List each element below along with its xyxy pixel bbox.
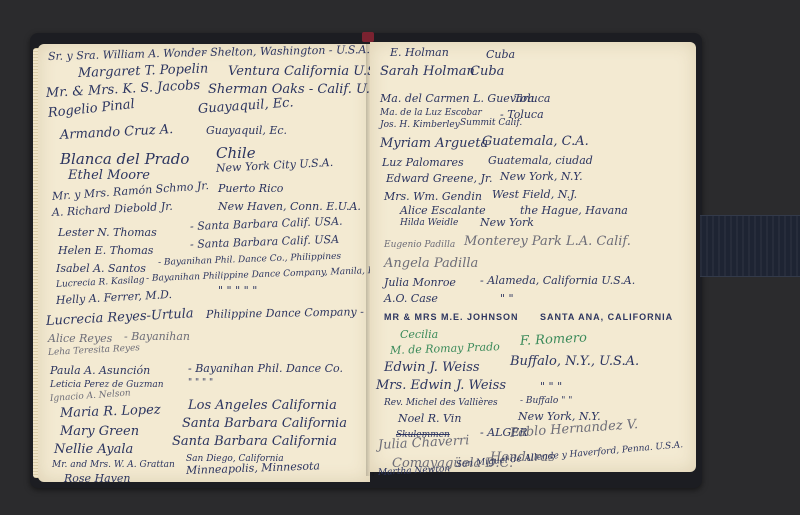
entry-name: Paula A. Asunción xyxy=(50,364,150,377)
entry-name: Armando Cruz A. xyxy=(60,122,174,143)
entry-place: Philippine Dance Company - xyxy=(206,305,364,321)
entry-name: Mrs. Wm. Gendin xyxy=(384,190,482,203)
elastic-strap xyxy=(700,215,800,277)
entry-place: Buffalo, N.Y., U.S.A. xyxy=(510,354,639,369)
entry-place: Guatemala, C.A. xyxy=(482,134,589,149)
entry-name: Blanca del Prado xyxy=(60,150,189,168)
entry-name: Isabel A. Santos xyxy=(56,262,146,275)
entry-place: F. Romero xyxy=(520,331,588,349)
entry-name: Hilda Weidle xyxy=(400,218,458,228)
entry-place: - Santa Barbara Calif. USA. xyxy=(190,215,343,233)
entry-name: Edwin J. Weiss xyxy=(384,360,480,375)
entry-name: Angela Padilla xyxy=(384,256,478,271)
entry-name: Eugenio Padilla xyxy=(384,240,455,250)
entry-place: - Shelton, Washington - U.S.A. xyxy=(203,43,370,59)
entry-place: the Hague, Havana xyxy=(520,204,628,217)
right-page: E. Holman Cuba Sarah Holman Cuba Ma. del… xyxy=(370,42,696,472)
bookmark-ribbon xyxy=(362,32,374,42)
entry-place: Toluca xyxy=(514,92,550,105)
entry-name: Noel R. Vin xyxy=(398,412,461,425)
entry-place: Guatemala, ciudad xyxy=(488,154,593,167)
entry-name: Lester N. Thomas xyxy=(58,226,157,239)
entry-name: Leticia Perez de Guzman xyxy=(50,380,164,390)
entry-name: M. de Romay Prado xyxy=(390,340,500,357)
entry-place: - Santa Barbara Calif. USA xyxy=(190,233,339,251)
entry-name: A.O. Case xyxy=(384,292,438,305)
entry-name: Luz Palomares xyxy=(382,156,464,169)
entry-name: Alice Escalante xyxy=(400,204,486,217)
entry-name: Myriam Argueta xyxy=(380,136,488,151)
entry-place: Cuba xyxy=(486,48,515,61)
entry-place: - Alameda, California U.S.A. xyxy=(480,274,635,287)
entry-place: - Bayanihan xyxy=(124,330,190,343)
entry-name: Mr. and Mrs. W. A. Grattan xyxy=(52,460,175,470)
entry-place: Summit Calif. xyxy=(460,118,522,128)
entry-place: " " " " " xyxy=(218,284,257,297)
entry-name: Sarah Holman xyxy=(380,64,475,79)
entry-place: Monterey Park L.A. Calif. xyxy=(464,234,631,249)
entry-place: New York, N.Y. xyxy=(500,170,583,183)
entry-name: Alice Reyes xyxy=(48,332,112,345)
entry-name: Sr. y Sra. William A. Wonder xyxy=(48,46,207,63)
entry-name: Ethel Moore xyxy=(68,168,150,183)
entry-name: Maria R. Lopez xyxy=(60,402,161,421)
entry-name: Rev. Michel des Vallières xyxy=(384,398,498,408)
entry-place: " " xyxy=(500,292,514,305)
entry-place: Guayaquil, Ec. xyxy=(197,95,294,117)
entry-name: A. Richard Diebold Jr. xyxy=(52,200,173,219)
entry-place: - Bayanihan Phil. Dance Co., Philippines xyxy=(158,252,341,268)
entry-place: - Bayanihan Phil. Dance Co. xyxy=(188,362,343,375)
entry-place: Santa Barbara California xyxy=(182,416,347,431)
entry-name: Ignacio A. Nelson xyxy=(50,388,131,404)
entry-name: Leha Teresita Reyes xyxy=(48,343,140,358)
entry-name: Lucrecia R. Kasilag xyxy=(56,275,145,290)
entry-place: New York xyxy=(480,216,534,229)
entry-place: " " " " xyxy=(188,378,213,388)
entry-place: Los Angeles California xyxy=(188,398,337,413)
entry-name: Mrs. Edwin J. Weiss xyxy=(376,378,506,393)
entry-place: Puerto Rico xyxy=(218,182,283,195)
entry-name: Ma. del Carmen L. Guevara xyxy=(380,92,534,105)
entry-name: Ma. de la Luz Escobar xyxy=(380,108,482,118)
entry-name: MR & MRS M.E. JOHNSON xyxy=(384,312,519,322)
entry-name: Lucrecia Reyes-Urtula xyxy=(46,306,194,329)
entry-name: Rose Haven xyxy=(64,472,131,485)
left-page: Sr. y Sra. William A. Wonder - Shelton, … xyxy=(38,44,370,482)
entry-place: Cuba xyxy=(470,64,504,79)
entry-name: E. Holman xyxy=(390,46,449,59)
entry-name: Julia Monroe xyxy=(384,276,456,289)
entry-place: Santa Barbara California xyxy=(172,434,337,449)
entry-name: Jos. H. Kimberley xyxy=(380,120,460,130)
entry-name: Edward Greene, Jr. xyxy=(386,172,492,185)
entry-place: West Field, N.J. xyxy=(492,188,577,201)
entry-place: Guayaquil, Ec. xyxy=(206,124,287,137)
entry-name: Mary Green xyxy=(60,424,139,439)
entry-place: - Buffalo " " xyxy=(520,396,572,406)
entry-place: SANTA ANA, CALIFORNIA xyxy=(540,312,673,322)
entry-name: Rogelio Pinal xyxy=(47,97,135,121)
entry-place: New Haven, Conn. E.U.A. xyxy=(218,200,361,213)
entry-place: " " " xyxy=(540,380,562,393)
entry-name: Nellie Ayala xyxy=(54,442,133,457)
entry-name: Helly A. Ferrer, M.D. xyxy=(56,288,173,307)
entry-name: Cecilia xyxy=(400,328,438,341)
entry-name: Helen E. Thomas xyxy=(58,244,153,257)
